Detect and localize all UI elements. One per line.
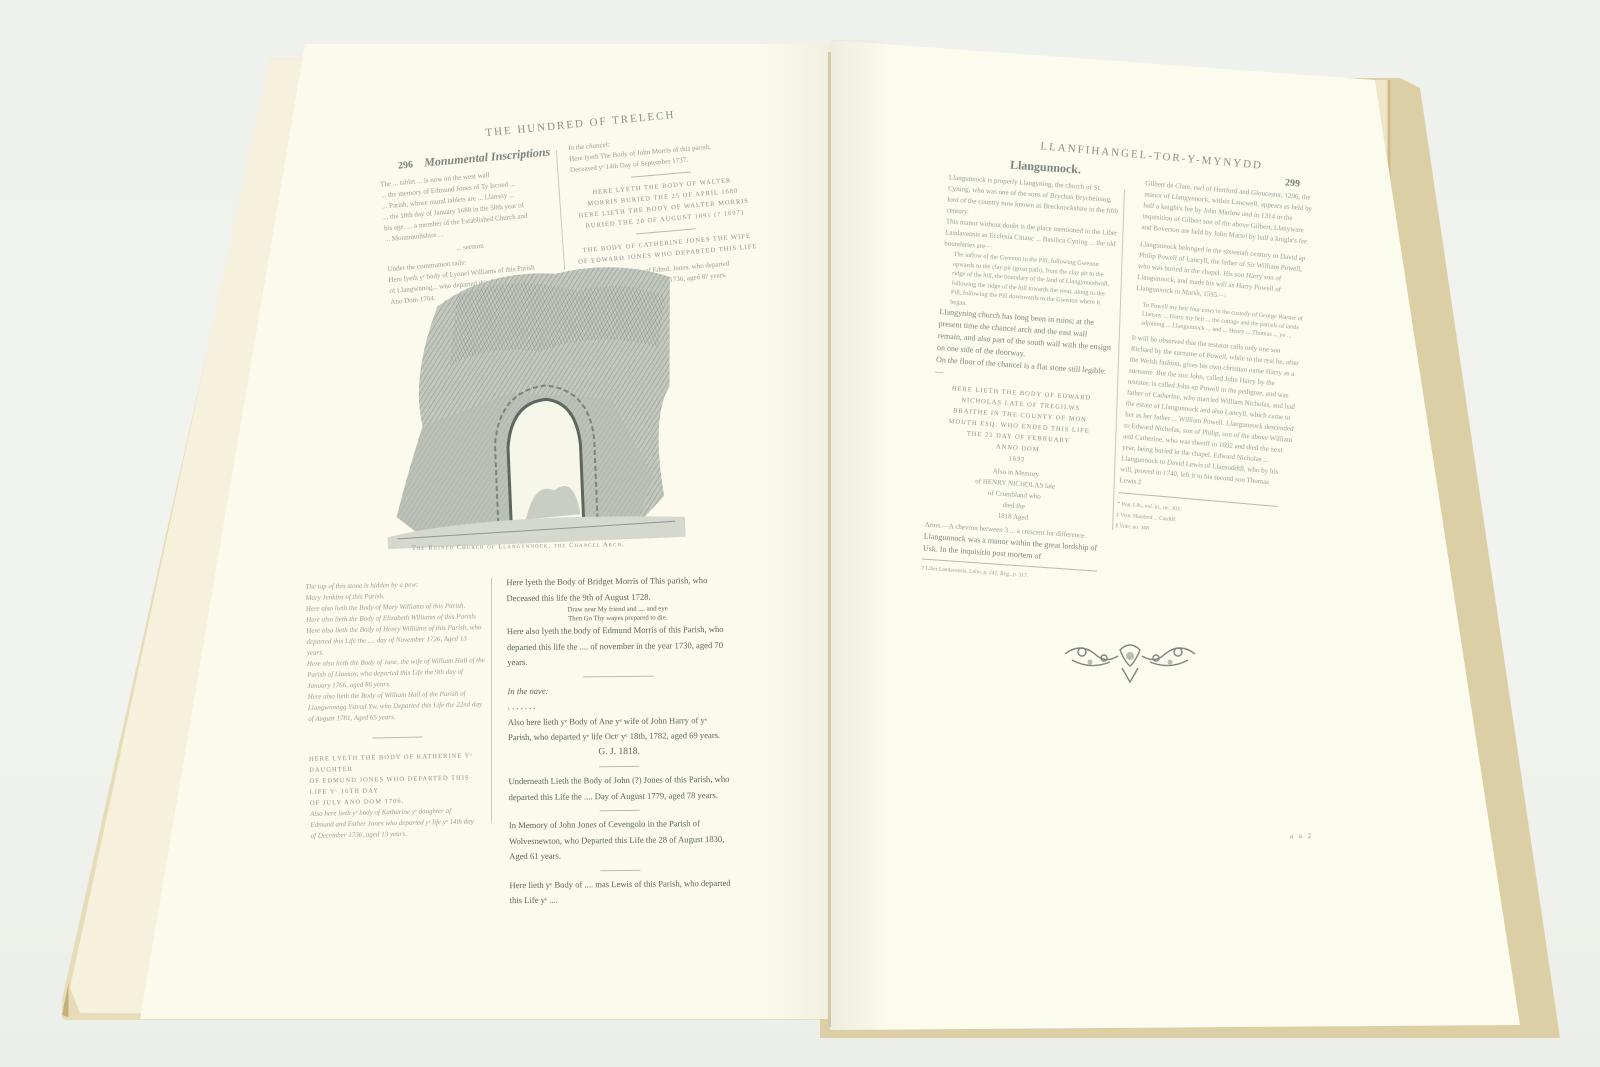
divider: [631, 172, 691, 178]
book-gutter: [828, 52, 831, 1027]
left-page-gutter-shadow: [760, 44, 830, 1019]
text-line: Here lyeth the Body of Bridget Morris of…: [506, 573, 728, 606]
text-line: Here also lyeth the body of Edmund Morri…: [507, 622, 729, 671]
text-line: Underneath Lieth the Body of John (?) Jo…: [508, 772, 730, 805]
divider: [600, 810, 640, 811]
divider: [636, 228, 696, 234]
text-line: Also here lieth yᵉ Body of Ane yᵉ wife o…: [508, 712, 730, 745]
right-left-column: Llangunnock is properly Llangyning, the …: [921, 172, 1124, 586]
right-right-column: Gilbert de Clare, earl of Hertford and G…: [1115, 178, 1315, 546]
column-rule: [491, 578, 492, 823]
paragraph: Llangunnock belonged in the sixteenth ce…: [1136, 239, 1310, 309]
text-line: Here lieth yᵉ Body of .... mas Lewis of …: [509, 875, 731, 908]
printer-signature-mark: a a 2: [1290, 832, 1313, 840]
paragraph: It will be observed that the testator ca…: [1119, 333, 1302, 501]
divider: [600, 869, 640, 870]
text-line: Here also lieth the Body of Jane, the wi…: [307, 655, 486, 692]
divider: [373, 736, 423, 738]
engraving-ruined-chancel-arch: [376, 256, 686, 550]
floral-tailpiece-ornament: [1060, 640, 1200, 688]
divider: [583, 675, 653, 677]
text-line: Here also lieth the Body of Henry Willia…: [306, 622, 485, 659]
left-bottom-right-column: Here lyeth the Body of Bridget Morris of…: [506, 573, 731, 909]
divider: [599, 766, 639, 767]
monogram-heading: G. J. 1818.: [508, 743, 730, 761]
left-bottom-left-column: The top of this stone is hidden by a pew…: [305, 578, 488, 842]
right-page-gutter-shadow: [830, 40, 890, 1030]
right-page-number: 299: [1285, 177, 1301, 189]
book-photo: THE HUNDRED OF TRELECH 296 Monumental In…: [0, 0, 1600, 1067]
text-line: In Memory of John Jones of Cevengolo in …: [509, 816, 731, 865]
text-line: Here also lieth the Body of William Hall…: [308, 688, 487, 725]
left-page-number: 296: [398, 159, 414, 171]
